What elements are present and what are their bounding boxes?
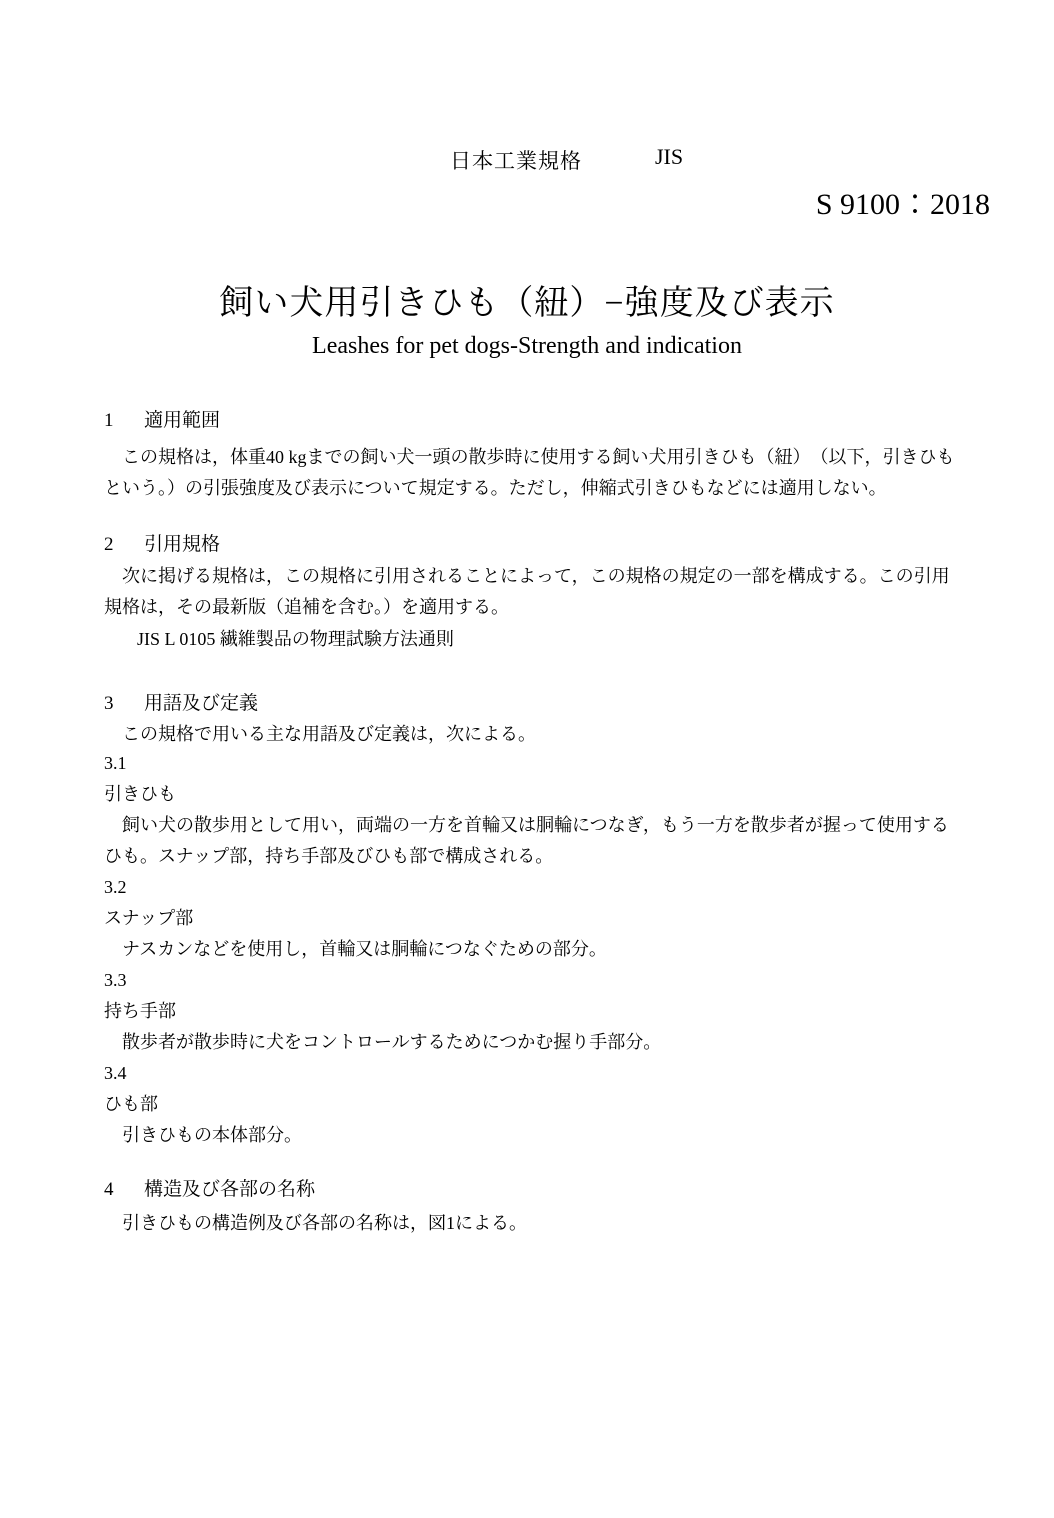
section-4-heading: 4構造及び各部の名称 bbox=[104, 1178, 984, 1201]
section-2-heading: 2引用規格 bbox=[104, 533, 984, 556]
term-name: 持ち手部 bbox=[104, 996, 984, 1027]
standard-number: S 9100：2018 bbox=[816, 179, 990, 223]
section-4-number: 4 bbox=[104, 1178, 144, 1201]
header-org-label: 日本工業規格 bbox=[450, 145, 582, 175]
term-3-4: 3.4 ひも部 引きひもの本体部分。 bbox=[104, 1058, 984, 1151]
referenced-standard: JIS L 0105 繊維製品の物理試験方法通則 bbox=[104, 624, 1017, 655]
term-name: 引きひも bbox=[104, 779, 984, 810]
section-3-intro: この規格で用いる主な用語及び定義は，次による。 bbox=[104, 719, 984, 750]
section-1-number: 1 bbox=[104, 409, 144, 432]
section-1-heading: 1適用範囲 bbox=[104, 409, 984, 432]
section-2-number: 2 bbox=[104, 533, 144, 556]
section-4-heading-label: 構造及び各部の名称 bbox=[144, 1179, 315, 1200]
header-jis-label: JIS bbox=[655, 144, 683, 170]
term-definition: ナスカンなどを使用し，首輪又は胴輪につなぐための部分。 bbox=[104, 934, 984, 965]
section-2-body: 次に掲げる規格は，この規格に引用されることによって，この規格の規定の一部を構成す… bbox=[104, 561, 984, 623]
section-4-body: 引きひもの構造例及び各部の名称は，図1による。 bbox=[104, 1208, 984, 1239]
term-3-2: 3.2 スナップ部 ナスカンなどを使用し，首輪又は胴輪につなぐための部分。 bbox=[104, 872, 984, 965]
term-number: 3.3 bbox=[104, 965, 984, 996]
section-2-heading-label: 引用規格 bbox=[144, 534, 220, 555]
section-1-body: この規格は，体重40 kgまでの飼い犬一頭の散歩時に使用する飼い犬用引きひも（紐… bbox=[104, 442, 984, 504]
term-number: 3.4 bbox=[104, 1058, 984, 1089]
section-1-heading-label: 適用範囲 bbox=[144, 410, 220, 431]
term-definition: 引きひもの本体部分。 bbox=[104, 1120, 984, 1151]
term-definition: 飼い犬の散歩用として用い，両端の一方を首輪又は胴輪につなぎ，もう一方を散歩者が握… bbox=[104, 810, 984, 872]
section-3-heading: 3用語及び定義 bbox=[104, 692, 984, 715]
document-title-ja: 飼い犬用引きひも（紐）−強度及び表示 bbox=[0, 275, 1054, 324]
term-3-1: 3.1 引きひも 飼い犬の散歩用として用い，両端の一方を首輪又は胴輪につなぎ，も… bbox=[104, 748, 984, 872]
terms-list: 3.1 引きひも 飼い犬の散歩用として用い，両端の一方を首輪又は胴輪につなぎ，も… bbox=[104, 748, 984, 1151]
term-number: 3.1 bbox=[104, 748, 984, 779]
document-title-en: Leashes for pet dogs-Strength and indica… bbox=[0, 333, 1054, 360]
section-3-heading-label: 用語及び定義 bbox=[144, 693, 258, 714]
term-name: スナップ部 bbox=[104, 903, 984, 934]
term-number: 3.2 bbox=[104, 872, 984, 903]
term-3-3: 3.3 持ち手部 散歩者が散歩時に犬をコントロールするためにつかむ握り手部分。 bbox=[104, 965, 984, 1058]
jis-document-page: 日本工業規格 JIS S 9100：2018 飼い犬用引きひも（紐）−強度及び表… bbox=[0, 0, 1054, 1518]
section-3-number: 3 bbox=[104, 692, 144, 715]
term-definition: 散歩者が散歩時に犬をコントロールするためにつかむ握り手部分。 bbox=[104, 1027, 984, 1058]
term-name: ひも部 bbox=[104, 1089, 984, 1120]
